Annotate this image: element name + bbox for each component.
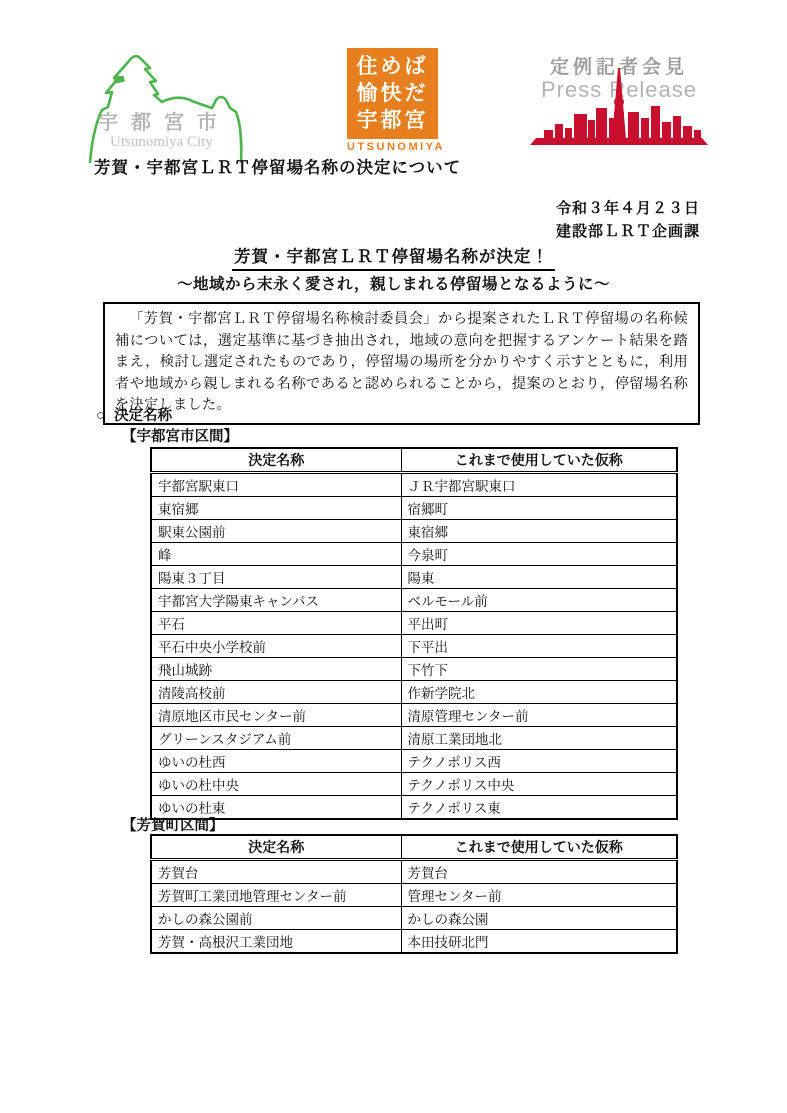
slogan-line1: 住めば <box>357 53 429 80</box>
table-cell: ＪＲ宇都宮駅東口 <box>401 473 677 497</box>
table-cell: ゆいの杜中央 <box>151 773 401 796</box>
slogan-box: 住めば 愉快だ 宇都宮 <box>347 48 438 139</box>
table-row: ゆいの杜東テクノポリス東 <box>151 796 677 820</box>
table-row: 駅東公園前東宿郷 <box>151 520 677 543</box>
table-cell: 宇都宮大学陽東キャンパス <box>151 589 401 612</box>
table-row: 平石中央小学校前下平出 <box>151 635 677 658</box>
table-cell: 芳賀台 <box>401 860 677 884</box>
table-row: 東宿郷宿郷町 <box>151 497 677 520</box>
table-cell: グリーンスタジアム前 <box>151 727 401 750</box>
document-title: 芳賀・宇都宮ＬＲＴ停留場名称の決定について <box>94 154 461 178</box>
table-cell: テクノポリス東 <box>401 796 677 820</box>
table-row: 宇都宮駅東口ＪＲ宇都宮駅東口 <box>151 473 677 497</box>
table-row: 平石平出町 <box>151 612 677 635</box>
section-title: 決定名称 <box>114 408 172 424</box>
table-cell: 陽東３丁目 <box>151 566 401 589</box>
slogan-line3: 宇都宮 <box>357 107 429 134</box>
table-caption-haga: 【芳賀町区間】 <box>122 814 224 835</box>
section-heading: ○決定名称 <box>96 404 172 425</box>
table-row: 飛山城跡下竹下 <box>151 658 677 681</box>
column-header: 決定名称 <box>151 448 401 473</box>
table-row: 芳賀台芳賀台 <box>151 860 677 884</box>
city-name-en: Utsunomiya City <box>110 134 260 151</box>
press-release-logo: 定例記者会見 Press Release <box>528 52 710 147</box>
sub-heading: ～地域から末永く愛され，親しまれる停留場となるように～ <box>0 272 787 294</box>
table-row: 清原地区市民センター前清原管理センター前 <box>151 704 677 727</box>
table-cell: 飛山城跡 <box>151 658 401 681</box>
table-cell: 管理センター前 <box>401 884 677 907</box>
table-cell: 峰 <box>151 543 401 566</box>
city-name-ja: 宇都宮市 <box>98 106 248 135</box>
table-cell: 駅東公園前 <box>151 520 401 543</box>
column-header: 決定名称 <box>151 835 401 860</box>
department: 建設部ＬＲＴ企画課 <box>556 220 700 243</box>
table-cell: 本田技研北門 <box>401 930 677 954</box>
table-cell: 下平出 <box>401 635 677 658</box>
table-caption-utsunomiya: 【宇都宮市区間】 <box>122 425 238 446</box>
stops-table-haga: 決定名称これまで使用していた仮称芳賀台芳賀台芳賀町工業団地管理センター前管理セン… <box>150 834 678 954</box>
table-cell: ベルモール前 <box>401 589 677 612</box>
table-cell: 陽東 <box>401 566 677 589</box>
table-row: 陽東３丁目陽東 <box>151 566 677 589</box>
table-cell: 清原地区市民センター前 <box>151 704 401 727</box>
table-cell: ゆいの杜西 <box>151 750 401 773</box>
table-cell: 芳賀町工業団地管理センター前 <box>151 884 401 907</box>
table-row: 宇都宮大学陽東キャンパスベルモール前 <box>151 589 677 612</box>
table-cell: 清陵高校前 <box>151 681 401 704</box>
table-cell: 平石中央小学校前 <box>151 635 401 658</box>
table-row: 芳賀・高根沢工業団地本田技研北門 <box>151 930 677 954</box>
table-cell: 東宿郷 <box>151 497 401 520</box>
table-cell: 宿郷町 <box>401 497 677 520</box>
table-cell: 清原管理センター前 <box>401 704 677 727</box>
table-cell: テクノポリス中央 <box>401 773 677 796</box>
table-row: ゆいの杜中央テクノポリス中央 <box>151 773 677 796</box>
table-cell: かしの森公園 <box>401 907 677 930</box>
slogan-line2: 愉快だ <box>357 80 429 107</box>
table-cell: 宇都宮駅東口 <box>151 473 401 497</box>
table-row: グリーンスタジアム前清原工業団地北 <box>151 727 677 750</box>
table-cell: 今泉町 <box>401 543 677 566</box>
circle-bullet-icon: ○ <box>96 407 105 424</box>
table-cell: 平石 <box>151 612 401 635</box>
main-heading-text: 芳賀・宇都宮ＬＲＴ停留場名称が決定！ <box>232 243 555 271</box>
main-heading: 芳賀・宇都宮ＬＲＴ停留場名称が決定！ <box>0 243 787 271</box>
table-cell: テクノポリス西 <box>401 750 677 773</box>
slogan-logo: 住めば 愉快だ 宇都宮 UTSUNOMIYA <box>347 48 438 153</box>
table-cell: 芳賀台 <box>151 860 401 884</box>
release-date: 令和３年４月２３日 <box>556 197 700 220</box>
intro-box: 「芳賀・宇都宮ＬＲＴ停留場名称検討委員会」から提案されたＬＲＴ停留場の名称候補に… <box>103 302 700 425</box>
column-header: これまで使用していた仮称 <box>401 835 677 860</box>
stops-table-utsunomiya: 決定名称これまで使用していた仮称宇都宮駅東口ＪＲ宇都宮駅東口東宿郷宿郷町駅東公園… <box>150 447 678 820</box>
table-cell: 作新学院北 <box>401 681 677 704</box>
meta-block: 令和３年４月２３日 建設部ＬＲＴ企画課 <box>556 197 700 243</box>
table-cell: 清原工業団地北 <box>401 727 677 750</box>
table-row: 峰今泉町 <box>151 543 677 566</box>
table-cell: 平出町 <box>401 612 677 635</box>
press-release-page: 宇都宮市 Utsunomiya City 住めば 愉快だ 宇都宮 UTSUNOM… <box>0 0 787 1113</box>
table-row: ゆいの杜西テクノポリス西 <box>151 750 677 773</box>
column-header: これまで使用していた仮称 <box>401 448 677 473</box>
table-cell: 下竹下 <box>401 658 677 681</box>
table-row: 清陵高校前作新学院北 <box>151 681 677 704</box>
table-row: 芳賀町工業団地管理センター前管理センター前 <box>151 884 677 907</box>
table-cell: 東宿郷 <box>401 520 677 543</box>
city-skyline-icon <box>528 52 710 147</box>
table-row: かしの森公園前かしの森公園 <box>151 907 677 930</box>
utsunomiya-city-logo: 宇都宮市 Utsunomiya City <box>86 44 248 166</box>
table-cell: かしの森公園前 <box>151 907 401 930</box>
table-header-row: 決定名称これまで使用していた仮称 <box>151 835 677 860</box>
slogan-caption: UTSUNOMIYA <box>347 141 438 153</box>
table-header-row: 決定名称これまで使用していた仮称 <box>151 448 677 473</box>
intro-paragraph: 「芳賀・宇都宮ＬＲＴ停留場名称検討委員会」から提案されたＬＲＴ停留場の名称候補に… <box>115 309 688 417</box>
table-cell: 芳賀・高根沢工業団地 <box>151 930 401 954</box>
